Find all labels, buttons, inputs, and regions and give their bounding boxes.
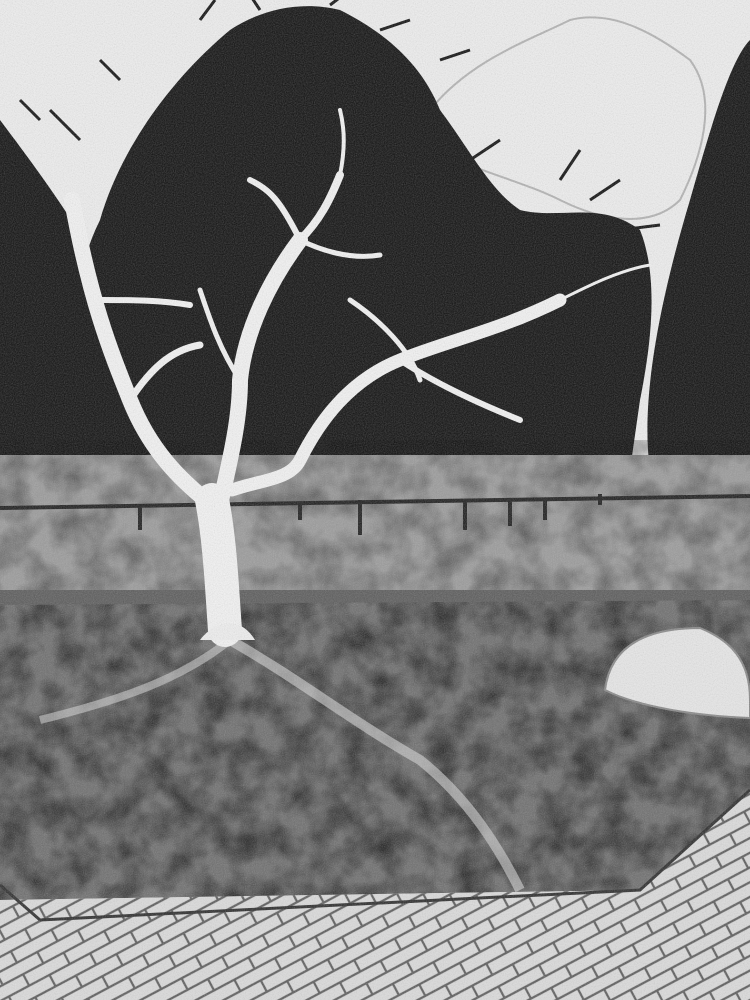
tree-scene-illustration [0, 0, 750, 1000]
natural-image-scene [0, 0, 750, 1000]
